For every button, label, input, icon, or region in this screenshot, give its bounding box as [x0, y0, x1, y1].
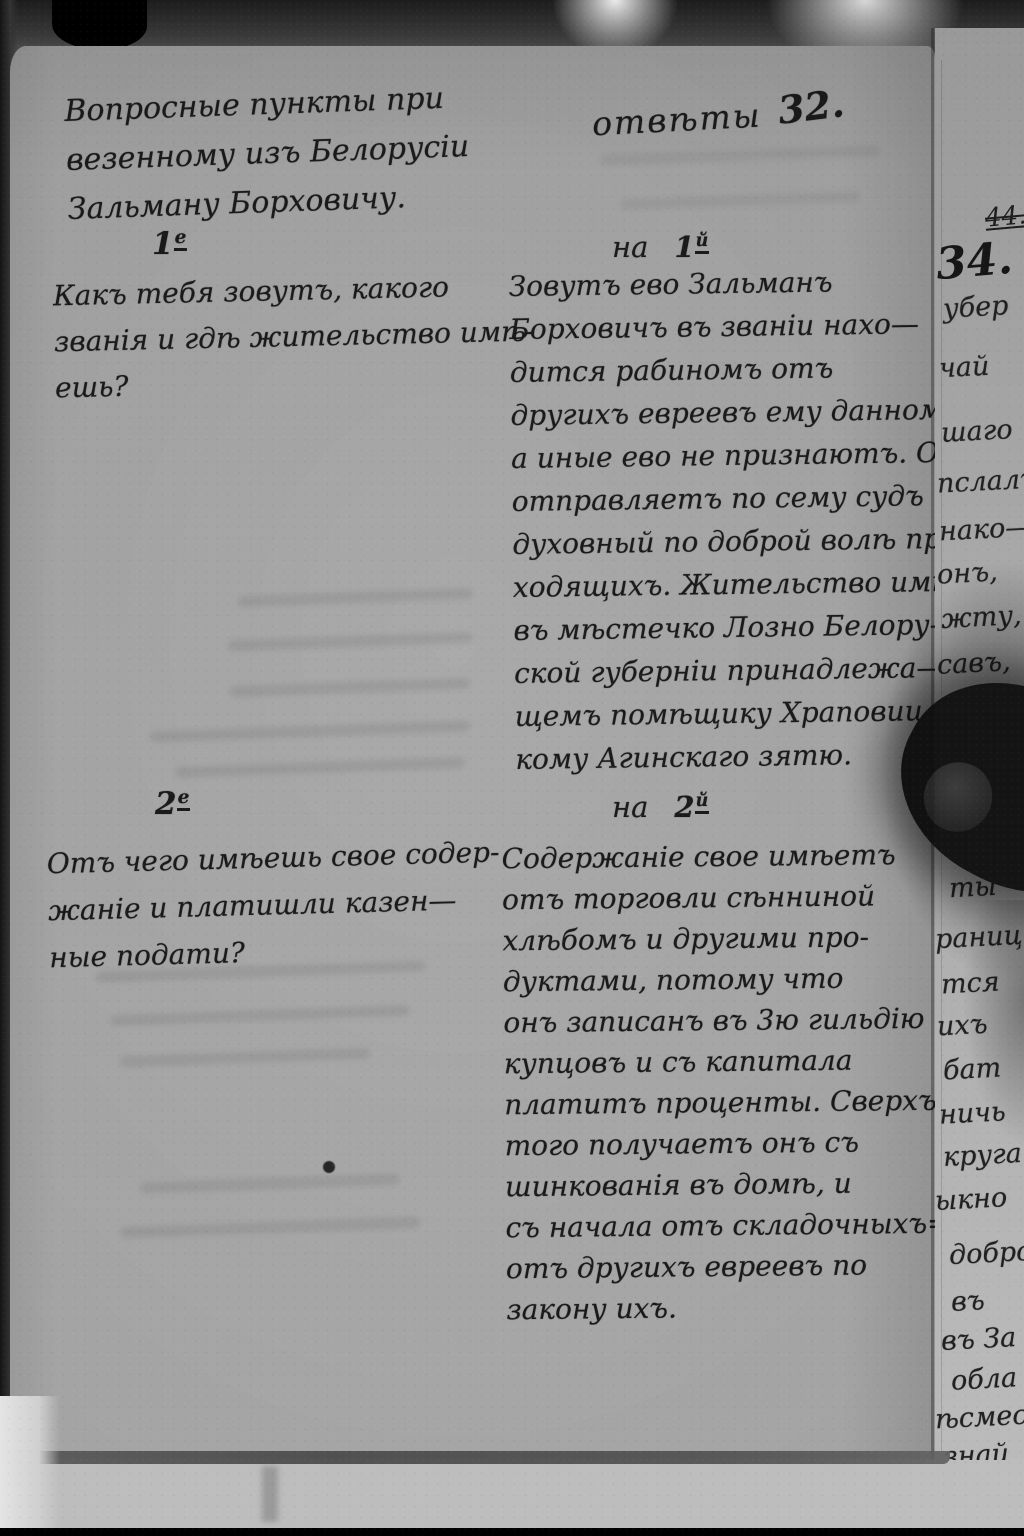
answer-line: щемъ помѣщику Храповиц—: [514, 689, 945, 738]
answer-line: Зовутъ ево Зальманъ: [508, 259, 939, 308]
surface-below-page: [0, 1460, 1024, 1530]
text-fragment: добро: [948, 1236, 1024, 1271]
page-number: 32.: [776, 80, 847, 133]
ink-dot: [323, 1161, 335, 1173]
answer-line: съ начала отъ складочныхъ=: [505, 1203, 941, 1249]
text-fragment: раниц: [934, 920, 1023, 956]
photo-bottom-border: [0, 1528, 1024, 1536]
text-fragment: ихъ: [936, 1009, 988, 1043]
text-fragment: ѣсмес: [934, 1400, 1024, 1436]
text-fragment: круга: [942, 1138, 1022, 1173]
answer-line: отъ торговли сѣнниной: [502, 875, 938, 921]
question-2-text: Отъ чего имѣешь свое содер-жаніе и плати…: [46, 828, 530, 982]
answer-1-ordinal-suffix: й: [695, 231, 710, 254]
answer-2-prefix: на: [612, 790, 648, 824]
answer-1-number: 1: [674, 230, 694, 264]
answer-line: кому Агинскаго зятю.: [515, 732, 946, 781]
answer-1-text: Зовутъ ево ЗальманъБорховичъ въ званіи н…: [508, 259, 945, 781]
text-fragment: савъ,: [936, 646, 1011, 681]
question-1-number: 1е: [152, 226, 187, 262]
answer-1-prefix: на: [612, 230, 648, 264]
answer-line: платитъ проценты. Сверхъ: [504, 1080, 940, 1126]
text-fragment: въ: [950, 1285, 985, 1318]
answer-2-numeral: 2й: [674, 790, 709, 824]
smudge: [262, 1466, 278, 1522]
answer-2-heading: на2й: [612, 790, 709, 824]
answer-line: отправляетъ по сему судъ: [511, 474, 942, 523]
text-fragment: нако—: [938, 512, 1024, 548]
text-fragment: тся: [940, 966, 1000, 1000]
answer-1-heading: на1й: [612, 230, 709, 264]
text-fragment: чай: [938, 351, 990, 385]
text-fragment: ыкно: [934, 1182, 1008, 1217]
answer-line: Борховичъ въ званіи нахо—: [509, 302, 940, 351]
answer-line: того получаетъ онъ съ: [504, 1121, 940, 1167]
text-fragment: въ За: [940, 1322, 1017, 1357]
text-fragment: онъ,: [936, 556, 998, 590]
answer-line: въ мѣстечко Лозно Белору—: [513, 603, 944, 652]
answer-line: ской губерніи принадлежа—: [514, 646, 945, 695]
question-1-text: Какъ тебя зовутъ, какогозванія и гдѣ жит…: [52, 263, 529, 412]
answer-line: другихъ евреевъ ему данномъ,: [510, 388, 941, 437]
text-fragment: убер: [942, 290, 1009, 324]
text-fragment: жту,: [940, 600, 1022, 635]
text-fragment: ничь: [938, 1096, 1006, 1130]
text-fragment: шаго: [940, 414, 1013, 449]
photo-background-dark-spot: [52, 0, 147, 50]
question-2-number: 2е: [155, 786, 190, 822]
answer-2-number: 2: [674, 790, 694, 824]
answer-line: а иные ево не признаютъ. Онъ: [511, 431, 942, 480]
answer-line: дуктами, потому что: [503, 957, 939, 1003]
text-fragment: пслалъ: [936, 463, 1024, 499]
answer-line: отъ другихъ евреевъ по: [506, 1244, 942, 1290]
question-1-ordinal-suffix: е: [174, 227, 188, 251]
document-title: Вопросные пункты привезенному изъ Белору…: [64, 73, 472, 234]
page-bottom-edge: [0, 1451, 950, 1464]
answer-line: хлѣбомъ и другими про-: [502, 916, 938, 962]
bottom-left-light-area: [0, 1396, 60, 1530]
answer-line: купцовъ и съ капитала: [504, 1039, 940, 1085]
answer-line: закону ихъ.: [506, 1285, 942, 1331]
answer-2-ordinal-suffix: й: [695, 791, 710, 814]
question-2-ordinal-suffix: е: [177, 787, 191, 811]
answer-line: Содержаніе свое имѣетъ: [501, 834, 937, 880]
answer-line: шинкованія въ домѣ, и: [505, 1162, 941, 1208]
text-fragment: обла: [950, 1362, 1018, 1396]
answer-1-numeral: 1й: [674, 230, 709, 264]
question-2-numeral: 2: [155, 786, 177, 822]
answer-line: ходящихъ. Жительство имѣетъ: [513, 560, 944, 609]
answer-line: дится рабиномъ отъ: [510, 345, 941, 394]
answer-2-text: Содержаніе свое имѣетъотъ торговли сѣнни…: [501, 834, 942, 1331]
text-fragment: бат: [942, 1052, 1002, 1086]
question-1-numeral: 1: [152, 226, 174, 262]
answer-line: онъ записанъ въ 3ю гильдію: [503, 998, 939, 1044]
photo-of-manuscript: Вопросные пункты привезенному изъ Белору…: [0, 0, 1024, 1536]
answer-line: духовный по доброй волѣ при—: [512, 517, 943, 566]
